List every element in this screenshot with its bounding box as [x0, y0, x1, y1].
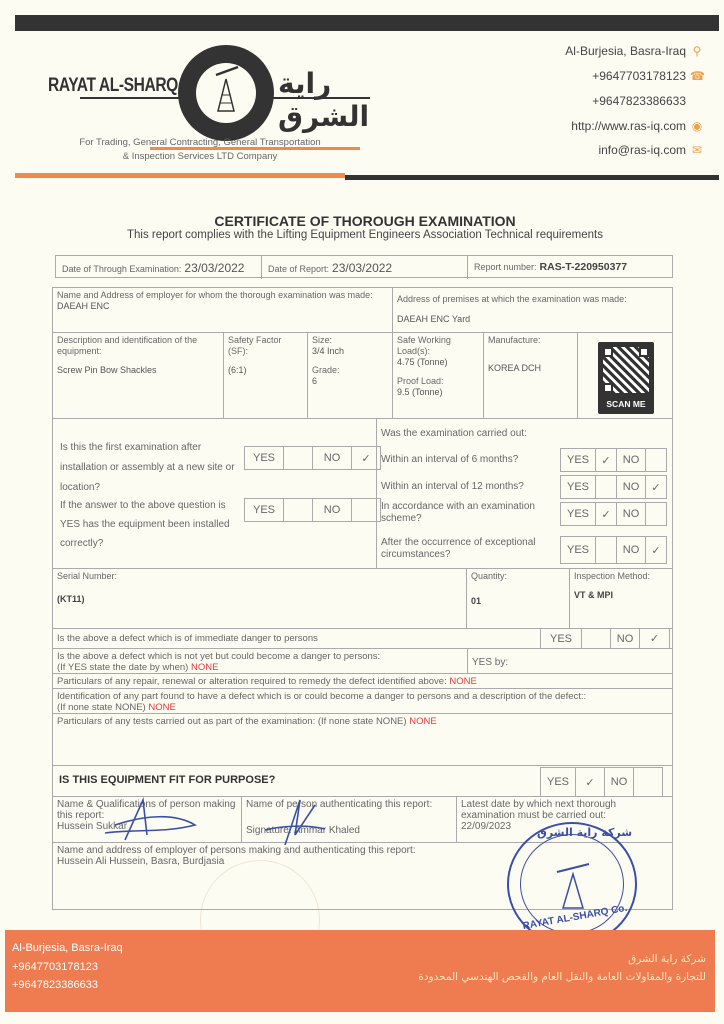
manufacture-label: Manufacture: [488, 335, 573, 346]
yes-label: YES [540, 767, 576, 797]
size-value: 3/4 Inch [312, 346, 388, 357]
footer-phone-2[interactable]: +9647823386633 [12, 976, 123, 995]
no-label: NO [610, 628, 640, 649]
description-value: Screw Pin Bow Shackles [57, 365, 219, 376]
description-cell: Description and identification of the eq… [52, 332, 224, 419]
no-checkbox[interactable]: ✓ [351, 446, 381, 470]
load-cell: Safe Working Load(s): 4.75 (Tonne) Proof… [392, 332, 484, 419]
email-link[interactable]: info@ras-iq.com [598, 143, 686, 157]
no-label: NO [616, 502, 646, 526]
no-checkbox[interactable] [351, 498, 381, 522]
yes-label: YES [560, 502, 596, 526]
employer-label: Name and Address of employer for whom th… [57, 290, 388, 301]
future-danger-hint: (If YES state the date by when) [57, 662, 188, 673]
yes-by-cell: YES by: [467, 648, 673, 674]
6-months-yes-no: YES ✓ NO [561, 448, 667, 472]
question-installed-correctly: If the answer to the above question is Y… [60, 496, 245, 553]
yes-checkbox[interactable] [595, 536, 617, 564]
method-label: Inspection Method: [574, 571, 668, 582]
premises-cell: Address of premises at which the examina… [392, 287, 673, 333]
repair-label: Particulars of any repair, renewal or al… [57, 676, 447, 687]
report-date-label: Date of Report: [268, 264, 329, 274]
repair-value: NONE [449, 676, 476, 687]
no-checkbox[interactable] [633, 767, 663, 797]
footer-arabic-description: للتجارة والمقاولات العامة والنقل العام و… [418, 968, 706, 986]
serial-cell: Serial Number: (KT11) [52, 568, 467, 629]
method-cell: Inspection Method: VT & MPI [569, 568, 673, 629]
yes-label: YES [540, 628, 582, 649]
no-checkbox[interactable]: ✓ [645, 475, 667, 499]
manufacture-cell: Manufacture: KOREA DCH [483, 332, 578, 419]
manufacture-value: KOREA DCH [488, 363, 573, 374]
premises-value: DAEAH ENC Yard [397, 314, 668, 325]
footer-phone-1[interactable]: +9647703178123 [12, 958, 123, 977]
question-6-months: Within an interval of 6 months? [381, 454, 556, 466]
contact-phone-1[interactable]: +9647703178123☎ [444, 69, 704, 83]
fit-for-purpose-label: IS THIS EQUIPMENT FIT FOR PURPOSE? [59, 774, 275, 786]
logo-text-ar: راية الشرق [278, 67, 369, 133]
no-label: NO [312, 498, 352, 522]
contact-address: Al-Burjesia, Basra-Iraq⚲ [444, 44, 704, 58]
employer-value: DAEAH ENC [57, 301, 388, 312]
yes-checkbox[interactable] [283, 498, 313, 522]
quantity-label: Quantity: [471, 571, 565, 582]
installed-yes-no: YES NO [245, 498, 381, 522]
future-danger-cell: Is the above a defect which is not yet b… [52, 648, 468, 674]
proof-load-label: Proof Load: [397, 376, 479, 387]
yes-checkbox[interactable]: ✓ [595, 502, 617, 526]
yes-checkbox[interactable] [595, 475, 617, 499]
question-exam-scheme: In accordance with an examination scheme… [381, 501, 556, 525]
12-months-yes-no: YES NO ✓ [561, 475, 667, 499]
footer-arabic-company: شركة راية الشرق [418, 950, 706, 968]
stamp-arabic-text: شركة راية الشرق [537, 826, 632, 839]
footer-contact: Al-Burjesia, Basra-Iraq +9647703178123 +… [12, 939, 123, 995]
quantity-value: 01 [471, 596, 565, 607]
no-label: NO [312, 446, 352, 470]
phone-2-link[interactable]: +9647823386633 [592, 94, 686, 108]
yes-label: YES [560, 536, 596, 564]
exam-scheme-yes-no: YES ✓ NO [561, 502, 667, 526]
identification-row: Identification of any part found to have… [52, 688, 673, 714]
proof-load-value: 9.5 (Tonne) [397, 387, 479, 398]
next-exam-label: Latest date by which next thorough exami… [461, 799, 668, 821]
report-number-cell: Report number:RAS-T-220950377 [468, 256, 672, 279]
no-label: NO [616, 536, 646, 564]
size-label: Size: [312, 335, 388, 346]
tests-row: Particulars of any tests carried out as … [52, 713, 673, 766]
dates-row: Date of Through Examination:23/03/2022 D… [55, 255, 673, 278]
globe-icon: ◉ [690, 119, 704, 133]
description-label: Description and identification of the eq… [57, 335, 219, 357]
phone-1-link[interactable]: +9647703178123 [592, 69, 686, 83]
footer-address: Al-Burjesia, Basra-Iraq [12, 939, 123, 958]
yes-checkbox[interactable] [581, 628, 611, 649]
contact-website[interactable]: http://www.ras-iq.com◉ [444, 119, 704, 133]
footer-arabic: شركة راية الشرق للتجارة والمقاولات العام… [418, 950, 706, 986]
contact-phone-2[interactable]: +9647823386633 [426, 94, 686, 108]
yes-checkbox[interactable] [283, 446, 313, 470]
stamp-derrick-icon [553, 860, 593, 910]
certificate-title: CERTIFICATE OF THOROUGH EXAMINATION [0, 213, 724, 229]
address-text: Al-Burjesia, Basra-Iraq [565, 44, 686, 58]
tests-label: Particulars of any tests carried out as … [57, 716, 407, 727]
company-tagline: For Trading, General Contracting, Genera… [50, 136, 350, 164]
employer-cell: Name and Address of employer for whom th… [52, 287, 393, 333]
header-divider-orange [15, 173, 345, 178]
future-danger-value: NONE [191, 662, 218, 673]
identification-value: NONE [148, 702, 175, 713]
no-checkbox[interactable]: ✓ [639, 628, 670, 649]
safety-factor-value: (6:1) [228, 365, 303, 376]
no-label: NO [616, 475, 646, 499]
location-pin-icon: ⚲ [690, 44, 704, 58]
scan-me-label: SCAN ME [598, 399, 654, 409]
exam-date-value: 23/03/2022 [184, 261, 244, 275]
no-checkbox[interactable] [645, 502, 667, 526]
serial-value: (KT11) [57, 594, 462, 605]
logo-text-en: RAYAT AL-SHARQ [48, 75, 178, 97]
safety-factor-cell: Safety Factor (SF): (6:1) [223, 332, 308, 419]
quantity-cell: Quantity: 01 [466, 568, 570, 629]
signature-ammar-khaled [255, 795, 345, 850]
no-label: NO [616, 448, 646, 472]
immediate-danger-label: Is the above a defect which is of immedi… [57, 633, 318, 644]
yes-label: YES [244, 498, 284, 522]
exam-date-label: Date of Through Examination: [62, 264, 181, 274]
exceptional-yes-no: YES NO ✓ [561, 536, 667, 564]
contact-email[interactable]: info@ras-iq.com✉ [444, 143, 704, 157]
tests-value: NONE [409, 716, 436, 727]
envelope-icon: ✉ [690, 143, 704, 157]
company-logo: RAYAT AL-SHARQ راية الشرق For Trading, G… [40, 35, 360, 165]
no-checkbox[interactable]: ✓ [645, 536, 667, 564]
identification-label: Identification of any part found to have… [57, 691, 668, 702]
premises-label: Address of premises at which the examina… [397, 294, 668, 305]
yes-label: YES [560, 475, 596, 499]
phone-icon: ☎ [690, 69, 704, 83]
grade-label: Grade: [312, 365, 388, 376]
question-exceptional: After the occurrence of exceptional circ… [381, 537, 556, 561]
fit-yes-no: YES ✓ NO [541, 767, 663, 797]
immediate-danger-yes-no: YES NO ✓ [541, 628, 670, 649]
header-top-bar [15, 15, 719, 31]
safety-factor-label: Safety Factor (SF): [228, 335, 288, 357]
qr-finder [639, 347, 649, 357]
first-exam-yes-no: YES NO ✓ [245, 446, 381, 470]
identification-hint: (If none state NONE) [57, 702, 146, 713]
yes-label: YES [244, 446, 284, 470]
qr-finder [603, 383, 613, 393]
yes-by-label: YES by: [472, 657, 508, 668]
report-number-value: RAS-T-220950377 [540, 261, 628, 273]
qr-finder [603, 347, 613, 357]
size-grade-cell: Size: 3/4 Inch Grade: 6 [307, 332, 393, 419]
no-checkbox[interactable] [645, 448, 667, 472]
yes-checkbox[interactable]: ✓ [575, 767, 605, 797]
question-12-months: Within an interval of 12 months? [381, 481, 556, 493]
exam-date-cell: Date of Through Examination:23/03/2022 [56, 256, 262, 279]
question-first-exam: Is this the first examination after inst… [60, 438, 245, 498]
signature-hussein-sukkar [95, 795, 205, 845]
oil-derrick-icon [212, 65, 240, 113]
no-label: NO [604, 767, 634, 797]
header-divider-dark [345, 175, 719, 180]
swl-value: 4.75 (Tonne) [397, 357, 479, 368]
qr-code-pattern [603, 347, 649, 393]
tagline-line-2: & Inspection Services LTD Company [50, 150, 350, 164]
exam-carried-out-heading: Was the examination carried out: [381, 428, 527, 439]
swl-label: Safe Working Load(s): [397, 335, 457, 357]
report-date-cell: Date of Report:23/03/2022 [262, 256, 468, 279]
repair-row: Particulars of any repair, renewal or al… [52, 673, 673, 689]
serial-label: Serial Number: [57, 571, 462, 582]
method-value: VT & MPI [574, 590, 668, 601]
tagline-line-1: For Trading, General Contracting, Genera… [50, 136, 350, 150]
report-number-label: Report number: [474, 262, 537, 272]
yes-label: YES [560, 448, 596, 472]
website-link[interactable]: http://www.ras-iq.com [571, 119, 686, 133]
certificate-subtitle: This report complies with the Lifting Eq… [0, 229, 724, 241]
yes-checkbox[interactable]: ✓ [595, 448, 617, 472]
report-date-value: 23/03/2022 [332, 261, 392, 275]
future-danger-label: Is the above a defect which is not yet b… [57, 651, 463, 662]
grade-value: 6 [312, 376, 388, 387]
